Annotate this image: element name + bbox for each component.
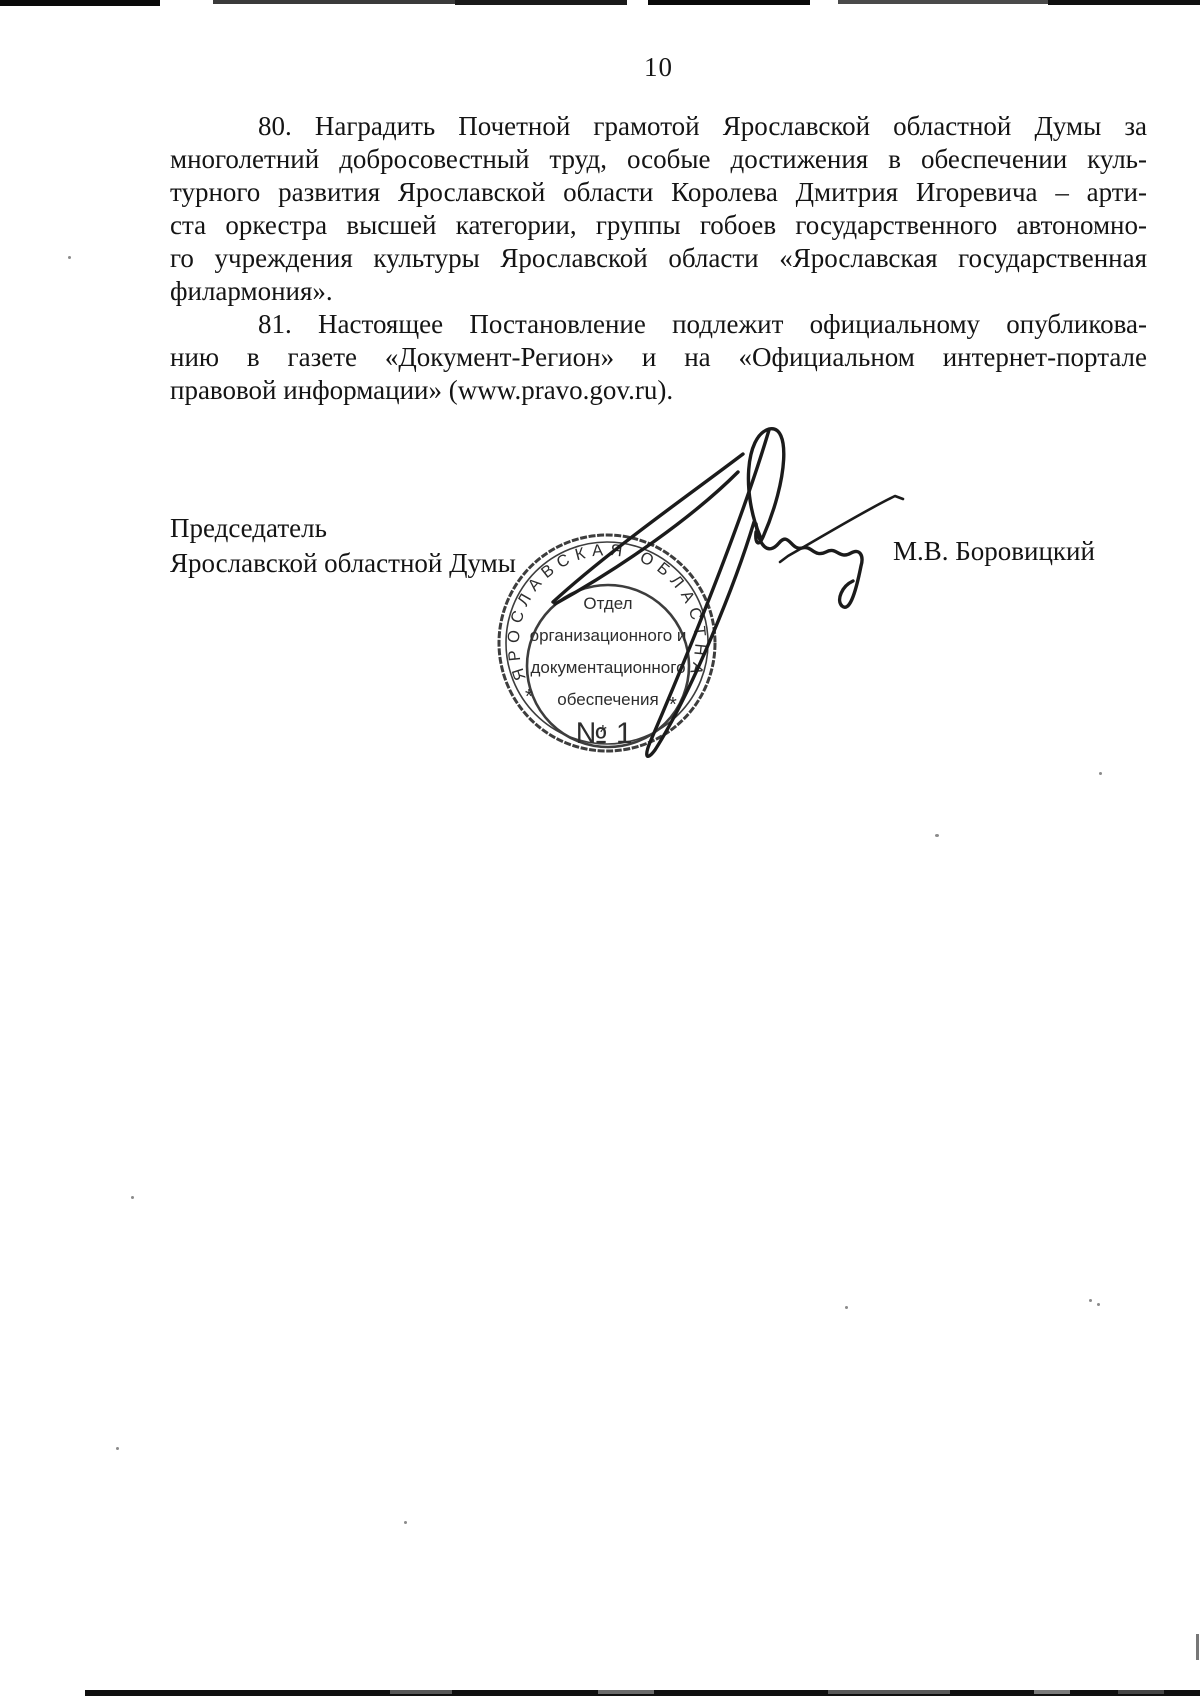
scan-artifact-top [648,0,810,5]
scan-artifact-top [0,0,160,6]
scan-artifact-top [213,0,455,4]
text-line: 81. Настоящее Постановление подлежит офи… [170,308,1147,341]
text-line: 80. Наградить Почетной грамотой Ярославс… [170,110,1147,143]
signature-flick [780,496,903,562]
text-line: филармония». [170,275,1147,308]
scan-artifact-bottom [828,1690,950,1694]
paragraph-1: 80. Наградить Почетной грамотой Ярославс… [170,110,1147,308]
signature-stroke [756,524,862,607]
scan-artifact-bottom [598,1690,654,1694]
scan-artifact-top [455,0,627,5]
scan-speck [1089,1299,1092,1302]
scan-speck [935,834,939,837]
document-page: 10 80. Наградить Почетной грамотой Яросл… [0,0,1200,1696]
scan-speck [1099,772,1102,775]
scan-speck [404,1521,407,1524]
scan-speck [1097,1303,1100,1306]
text-line: правовой информации» (www.pravo.gov.ru). [170,374,1147,407]
scan-speck [845,1306,848,1309]
scan-speck [131,1196,134,1199]
text-line: многолетний добросовестный труд, особые … [170,143,1147,176]
signature-stroke [553,454,743,602]
scan-artifact-bottom [1118,1690,1164,1694]
scan-artifact-bottom [1034,1690,1070,1694]
signature-stroke [555,472,738,604]
text-line: нию в газете «Документ-Регион» и на «Офи… [170,341,1147,374]
handwritten-signature [440,410,960,780]
page-number: 10 [170,52,1147,83]
text-line: турного развития Ярославской области Кор… [170,176,1147,209]
document-body: 80. Наградить Почетной грамотой Ярославс… [170,110,1147,407]
scan-artifact-bottom [390,1690,452,1694]
paragraph-2: 81. Настоящее Постановление подлежит офи… [170,308,1147,407]
scan-artifact-top [838,0,1050,4]
scan-speck [68,256,71,259]
text-line: го учреждения культуры Ярославской облас… [170,242,1147,275]
scan-artifact-top [1048,0,1200,5]
scan-speck [116,1447,119,1450]
scan-artifact-right-edge [1196,1634,1199,1660]
text-line: ста оркестра высшей категории, группы го… [170,209,1147,242]
